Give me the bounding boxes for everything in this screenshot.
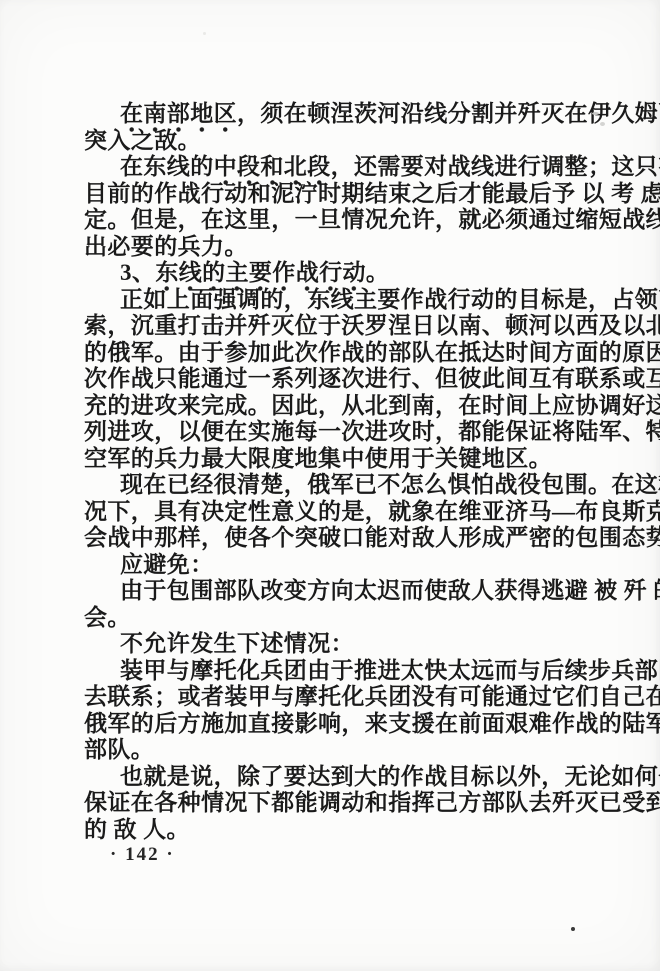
text-line: 况下，具有决定性意义的是，就象在维亚济马—布良斯克双重 — [84, 499, 589, 526]
text-line: 会战中那样，使各个突破口能对敌人形成严密的包围态势。 — [84, 525, 589, 552]
text-line: 由于包围部队改变方向太迟而使敌人获得逃避 被 歼 的 机 — [84, 578, 589, 605]
text-line: 定。但是，在这里，一旦情况允许，就必须通过缩短战线来腾 — [84, 207, 589, 234]
text-run: 。 — [366, 260, 389, 285]
text-line: 次作战只能通过一系列逐次进行、但彼此间互有联系或互为补 — [84, 366, 589, 393]
text-line: 目前的作战行动和泥泞时期结束之后才能最后予 以 考 虑和决 — [84, 181, 589, 208]
text-line: 充的进攻来完成。因此，从北到南，在时间上应协调好这一系 — [84, 393, 589, 420]
text-line: 3、东线的主要作战行动。 — [84, 260, 589, 287]
text-line: 空军的兵力最大限度地集中使用于关键地区。 — [84, 446, 589, 473]
text-run: 部队。 — [84, 737, 154, 762]
text-run: 列进攻，以便在实施每一次进攻时，都能保证将陆军、特别是 — [84, 419, 660, 444]
text-run: 会战中那样，使各个突破口能对敌人形成严密的包围态势。 — [84, 525, 660, 550]
text-run: 的 敌 人。 — [84, 817, 190, 842]
text-line: 应避免： — [84, 552, 589, 579]
text-line: 的 敌 人。 — [84, 817, 589, 844]
text-run: ，还需要对战线进行调整；这只有在 — [331, 154, 660, 179]
text-line: 保证在各种情况下都能调动和指挥己方部队去歼灭已受到攻击 — [84, 790, 589, 817]
text-run: 在东线的 — [120, 154, 214, 179]
text-run: 保证在各种情况下都能调动和指挥己方部队去歼灭已受到攻击 — [84, 790, 660, 815]
text-line: 索，沉重打击并歼灭位于沃罗涅日以南、顿河以西及以北地区 — [84, 313, 589, 340]
text-run: 不允许发生下述情况： — [120, 631, 354, 656]
text-line: 去联系；或者装甲与摩托化兵团没有可能通过它们自己在被围 — [84, 684, 589, 711]
text-line: 俄军的后方施加直接影响，来支援在前面艰难作战的陆军步兵 — [84, 711, 589, 738]
text-line: 出必要的兵力。 — [84, 234, 589, 261]
scan-speck — [203, 32, 206, 35]
text-line: 的俄军。由于参加此次作战的部队在抵达时间方面的原因，此 — [84, 340, 589, 367]
text-run: 索，沉重打击并歼灭位于沃罗涅日以南、顿河以西及以北地区 — [84, 313, 660, 338]
text-run: 正如上面强调的，东线主要作战行动的目标是，占领高加 — [120, 287, 660, 312]
text-run: 定。但是，在这里，一旦情况允许，就必须通过缩短战线来腾 — [84, 207, 660, 232]
text-block: 在南部地区，须在顿涅茨河沿线分割并歼灭在伊久姆两侧突入之敌。在东线的中段和北段，… — [84, 101, 589, 843]
page-number: · 142 · — [110, 844, 175, 866]
scan-speck — [600, 122, 605, 126]
text-run: 俄军的后方施加直接影响，来支援在前面艰难作战的陆军步兵 — [84, 711, 660, 736]
text-run: 出必要的兵力。 — [84, 234, 248, 259]
text-run: 应避免： — [120, 552, 214, 577]
text-run: 由于包围部队改变方向太迟而使敌人获得逃避 被 歼 的 机 — [120, 578, 660, 603]
text-run: 会。 — [84, 605, 131, 630]
text-run: 的俄军。由于参加此次作战的部队在抵达时间方面的原因，此 — [84, 340, 660, 365]
text-run: 况下，具有决定性意义的是，就象在维亚济马—布良斯克双重 — [84, 499, 660, 524]
text-line: 现在已经很清楚，俄军已不怎么惧怕战役包围。在这种情 — [84, 472, 589, 499]
text-line: 也就是说，除了要达到大的作战目标以外，无论如何也要 — [84, 764, 589, 791]
text-line: 部队。 — [84, 737, 589, 764]
scanned-book-page: 在南部地区，须在顿涅茨河沿线分割并歼灭在伊久姆两侧突入之敌。在东线的中段和北段，… — [0, 0, 660, 971]
text-line: 正如上面强调的，东线主要作战行动的目标是，占领高加 — [84, 287, 589, 314]
text-run: 现在已经很清楚，俄军已不怎么惧怕战役包围。在这种情 — [120, 472, 660, 497]
scan-speck — [592, 112, 599, 115]
text-run: 目前的作战行动和泥泞时期结束之后才能最后予 以 考 虑和决 — [84, 181, 660, 206]
text-run: 也就是说，除了要达到大的作战目标以外，无论如何也要 — [120, 764, 660, 789]
text-line: 不允许发生下述情况： — [84, 631, 589, 658]
text-run: 充的进攻来完成。因此，从北到南，在时间上应协调好这一系 — [84, 393, 660, 418]
text-line: 突入之敌。 — [84, 128, 589, 155]
text-run: 空军的兵力最大限度地集中使用于关键地区。 — [84, 446, 552, 471]
text-run: 突入之敌。 — [84, 128, 201, 153]
text-run: 装甲与摩托化兵团由于推进太快太远而与后续步兵部队失 — [120, 658, 660, 683]
text-line: 在南部地区，须在顿涅茨河沿线分割并歼灭在伊久姆两侧 — [84, 101, 589, 128]
text-line: 装甲与摩托化兵团由于推进太快太远而与后续步兵部队失 — [84, 658, 589, 685]
text-run: 次作战只能通过一系列逐次进行、但彼此间互有联系或互为补 — [84, 366, 660, 391]
text-line: 列进攻，以便在实施每一次进攻时，都能保证将陆军、特别是 — [84, 419, 589, 446]
text-line: 在东线的中段和北段，还需要对战线进行调整；这只有在 — [84, 154, 589, 181]
text-run: 3、 — [120, 260, 155, 285]
scan-speck — [571, 927, 575, 931]
text-run: 去联系；或者装甲与摩托化兵团没有可能通过它们自己在被围 — [84, 684, 660, 709]
text-line: 会。 — [84, 605, 589, 632]
